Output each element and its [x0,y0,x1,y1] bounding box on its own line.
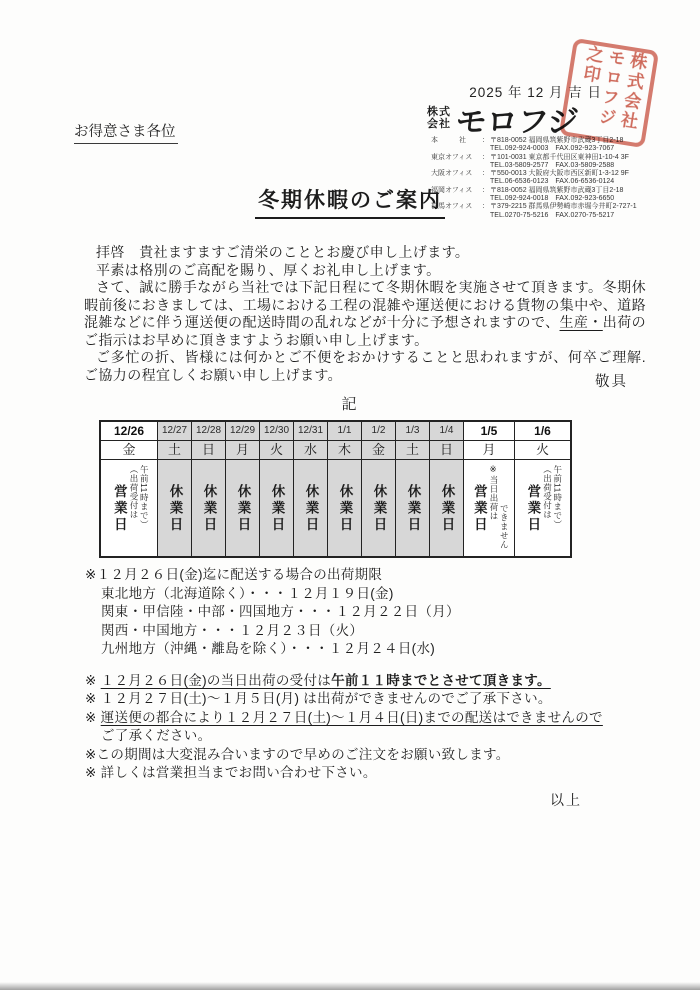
note-no-delivery: ※ 運送便の都合により１２月２７日(土)～１月４日(日)までの配送はできませんの… [85,709,647,728]
status-note: 午前11時まで） [553,465,563,529]
status-cell: 休業日 [260,460,293,556]
schedule-column-1-2: 1/2 金 休業日 [362,422,396,556]
note-contact: ※ 詳しくは営業担当までお問い合わせ下さい。 [85,764,647,783]
office-row-tokyo: 東京オフィス ： 〒101-0031 東京都千代田区東神田1-10-4 3F T… [431,154,693,171]
hanko-seal-text: 株式会社モロフジ之印 [569,43,649,142]
status-cell: 営業日 ※当日出荷は できません [464,460,514,556]
date-cell: 12/31 [294,422,327,441]
status-note: できません [499,504,509,549]
schedule-column-12-28: 12/28 日 休業日 [192,422,226,556]
company-prefix-top: 株式 [427,107,451,119]
status-note: （出荷受付は [129,465,139,519]
status-text: 休業日 [267,484,287,534]
office-tel: TEL.03-5809-2577 FAX.03-5809-2588 [490,162,614,169]
schedule-column-12-26: 12/26 金 営業日 （出荷受付は 午前11時まで） [101,422,158,556]
date-cell: 1/4 [430,422,463,441]
status-cell: 休業日 [158,460,191,556]
recipient-line: お得意さま各位 [74,120,178,144]
status-text: 営業日 [522,484,542,534]
date-cell: 1/1 [328,422,361,441]
day-cell: 土 [158,441,191,460]
status-text: 休業日 [335,484,355,534]
status-text: 休業日 [233,484,253,534]
status-cell: 休業日 [226,460,259,556]
date-cell: 12/27 [158,422,191,441]
hanko-seal-stamp: 株式会社モロフジ之印 [559,38,659,148]
status-text: 営業日 [109,484,129,534]
company-prefix-bottom: 会社 [427,119,451,131]
body-paragraph-thanks: 平素は格別のご高配を賜り、厚くお礼申し上げます。 [84,262,646,280]
deadline-tohoku: 東北地方（北海道除く）・・・１２月１９日(金) [101,585,647,604]
day-cell: 月 [464,441,514,460]
schedule-column-12-29: 12/29 月 休業日 [226,422,260,556]
day-cell: 水 [294,441,327,460]
day-cell: 火 [515,441,570,460]
scan-bottom-shadow [0,982,700,990]
status-text: 休業日 [369,484,389,534]
status-cell: 休業日 [328,460,361,556]
status-note: ※当日出荷は [489,465,499,521]
note-cutoff-bold: 午前１１時までとさせて頂きます。 [331,673,551,688]
schedule-column-12-30: 12/30 火 休業日 [260,422,294,556]
spacer [85,659,647,672]
company-logo: 株式 会社 モロフジ [427,96,577,141]
notice-underlined: 生産・ [560,314,603,330]
notes-section: ※１２月２６日(金)迄に配送する場合の出荷期限 東北地方（北海道除く）・・・１２… [85,566,647,783]
deadline-kansai: 関西・中国地方・・・１２月２３日（火） [101,622,647,641]
office-colon: ： [481,137,490,154]
scanned-letter-page: 2025 年 12 月 吉 日 株式 会社 モロフジ 株式会社モロフジ之印 本 … [0,0,700,990]
day-cell: 日 [430,441,463,460]
schedule-column-1-3: 1/3 土 休業日 [396,422,430,556]
date-cell: 1/6 [515,422,570,441]
schedule-column-1-5: 1/5 月 営業日 ※当日出荷は できません [464,422,515,556]
note-marker: ※ [85,710,101,725]
company-prefix: 株式 会社 [427,107,451,131]
schedule-column-12-31: 12/31 水 休業日 [294,422,328,556]
date-cell: 1/5 [464,422,514,441]
deadline-kyushu: 九州地方（沖縄・離島を除く）・・・１２月２４日(水) [101,640,647,659]
office-label: 東京オフィス [431,154,481,171]
status-note: 午前11時まで） [139,465,149,529]
note-no-delivery-text: 運送便の都合により１２月２７日(土)～１月４日(日)までの配送はできませんので [101,710,603,725]
date-cell: 12/26 [101,422,157,441]
status-cell: 営業日 （出荷受付は 午前11時まで） [515,460,570,556]
status-note: （出荷受付は [542,465,552,519]
body-paragraph-greeting: 拝啓 貴社ますますご清栄のこととお慶び申し上げます。 [84,244,646,262]
office-colon: ： [481,154,490,171]
day-cell: 火 [260,441,293,460]
letter-body: 拝啓 貴社ますますご清栄のこととお慶び申し上げます。 平素は格別のご高配を賜り、… [84,244,646,384]
status-cell: 休業日 [192,460,225,556]
schedule-column-12-27: 12/27 土 休業日 [158,422,192,556]
office-details: 〒101-0031 東京都千代田区東神田1-10-4 3F TEL.03-580… [490,154,693,171]
day-cell: 日 [192,441,225,460]
end-mark: 以上 [550,790,582,810]
note-no-delivery-cont: ご了承ください。 [101,727,647,746]
schedule-column-1-4: 1/4 日 休業日 [430,422,464,556]
status-text: 休業日 [199,484,219,534]
closing-keigu: 敬具 [595,370,628,391]
date-cell: 12/29 [226,422,259,441]
status-text: 休業日 [165,484,185,534]
note-cutoff-text: １２月２６日(金)の当日出荷の受付は午前１１時までとさせて頂きます。 [101,673,551,688]
office-tel: TEL.092-924-0003 FAX.092-923-7067 [490,145,614,152]
title-row: 冬期休暇のご案内 [0,184,700,219]
date-cell: 1/3 [396,422,429,441]
record-mark: 記 [0,393,700,414]
status-text: 営業日 [469,484,489,534]
date-cell: 1/2 [362,422,395,441]
status-cell: 営業日 （出荷受付は 午前11時まで） [101,460,157,556]
day-cell: 木 [328,441,361,460]
body-paragraph-apology: ご多忙の折、皆様には何かとご不便をおかけすることと思われますが、何卒ご理解.ご協… [84,349,646,384]
status-cell: 休業日 [294,460,327,556]
day-cell: 金 [101,441,157,460]
day-cell: 金 [362,441,395,460]
document-title: 冬期休暇のご案内 [255,184,445,219]
schedule-column-1-1: 1/1 木 休業日 [328,422,362,556]
status-cell: 休業日 [396,460,429,556]
day-cell: 月 [226,441,259,460]
status-text: 休業日 [437,484,457,534]
note-marker: ※ [85,673,101,688]
office-row-honsha: 本 社 ： 〒818-0052 福岡県筑紫野市武蔵3丁目2-18 TEL.092… [431,137,693,154]
status-text: 休業日 [301,484,321,534]
schedule-column-1-6: 1/6 火 営業日 （出荷受付は 午前11時まで） [515,422,570,556]
shipping-deadline-title: ※１２月２６日(金)迄に配送する場合の出荷期限 [85,566,647,585]
note-cutoff: ※ １２月２６日(金)の当日出荷の受付は午前１１時までとさせて頂きます。 [85,672,647,691]
office-label: 本 社 [431,137,481,154]
day-cell: 土 [396,441,429,460]
body-paragraph-notice: さて、誠に勝手ながら当社では下記日程にて冬期休暇を実施させて頂きます。冬期休暇前… [84,279,646,349]
status-text: 休業日 [403,484,423,534]
office-address: 〒101-0031 東京都千代田区東神田1-10-4 3F [490,154,629,161]
office-address: 〒550-0013 大阪府大阪市西区新町1-3-12 9F [490,170,629,177]
deadline-kanto: 関東・甲信陸・中部・四国地方・・・１２月２２日（月） [101,603,647,622]
holiday-schedule-table: 12/26 金 営業日 （出荷受付は 午前11時まで） 12/27 土 休業日 … [99,420,572,558]
status-cell: 休業日 [430,460,463,556]
note-busy-period: ※この期間は大変混み合いますので早めのご注文をお願い致します。 [85,746,647,765]
status-cell: 休業日 [362,460,395,556]
date-cell: 12/30 [260,422,293,441]
note-no-shipping: ※ １２月２７日(土)～１月５日(月) は出荷ができませんのでご了承下さい。 [85,690,647,709]
note-cutoff-pre: １２月２６日(金)の当日出荷の受付は [101,673,331,688]
date-cell: 12/28 [192,422,225,441]
